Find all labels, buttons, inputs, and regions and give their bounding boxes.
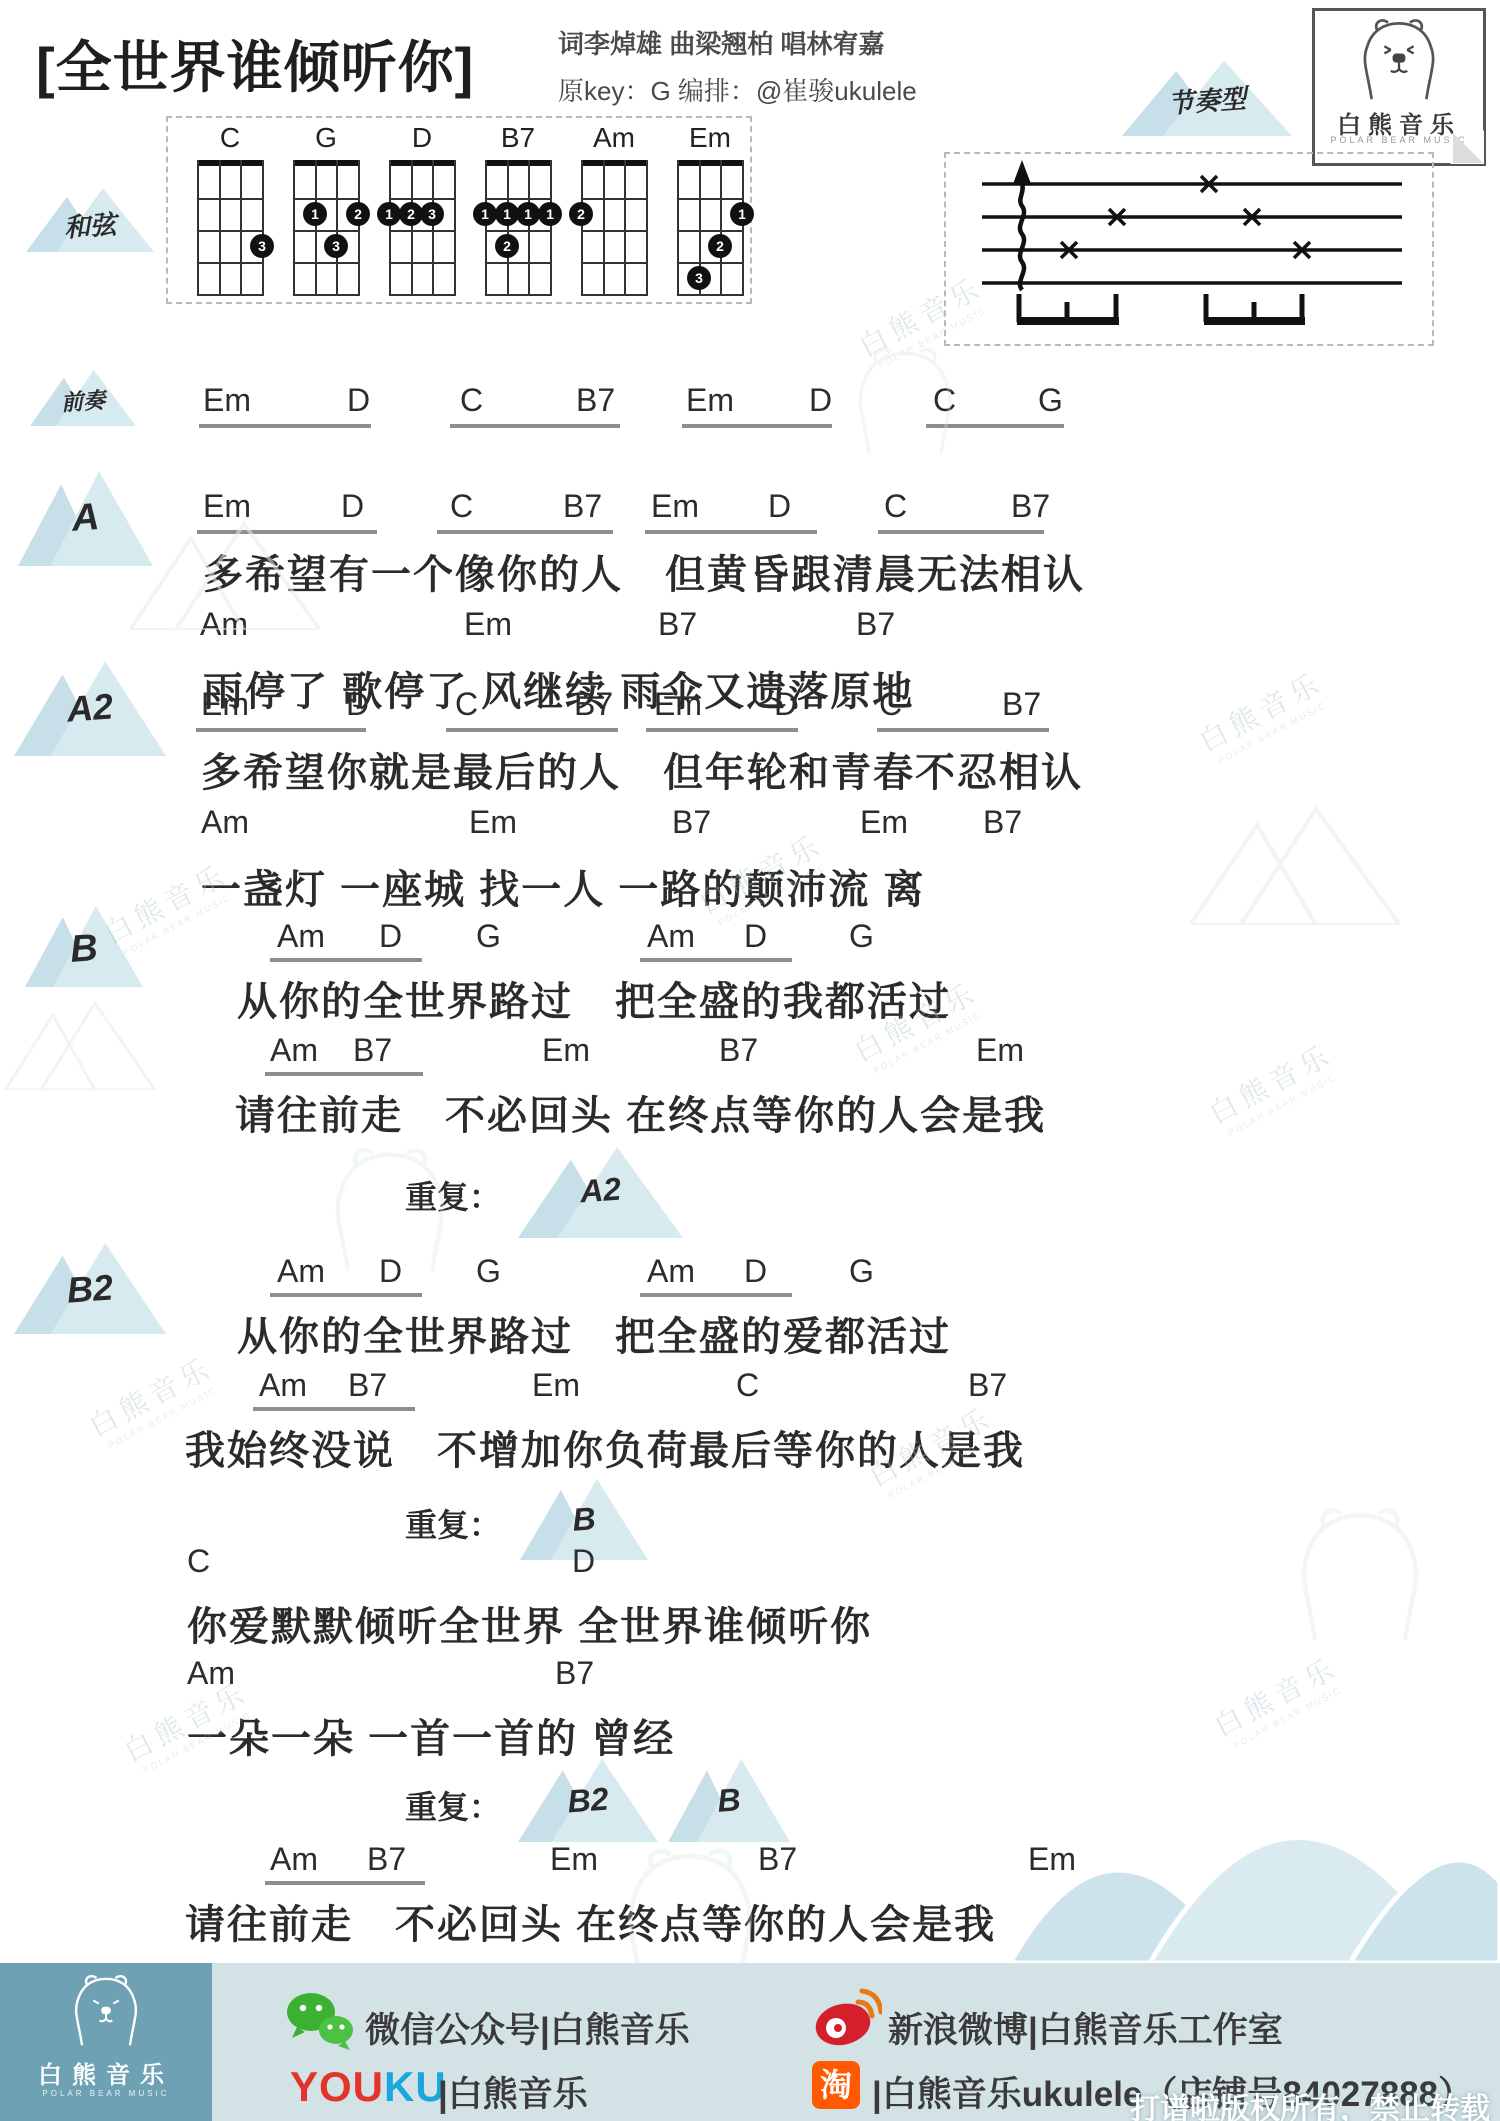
chord-underline (253, 1407, 415, 1411)
string-line (240, 160, 242, 296)
chord-nut (389, 160, 455, 166)
chord-symbol: Em (464, 606, 512, 643)
chord-diagram-G: G123 (290, 122, 362, 296)
chord-symbol: G (849, 1253, 874, 1290)
watermark-text-cn: 白熊音乐 (1201, 1033, 1340, 1132)
chord-symbol: C (460, 382, 483, 419)
chord-symbol: D (809, 382, 832, 419)
chord-symbol: Am (187, 1655, 235, 1692)
chord-underline (270, 958, 422, 962)
chord-underline (199, 424, 371, 428)
repeat-label: 重复： (405, 1172, 501, 1218)
chord-symbol: Am (277, 918, 325, 955)
chord-underline (926, 424, 1064, 428)
section-label: B (24, 924, 145, 975)
chord-diagram-B7: B711112 (482, 122, 554, 296)
string-line (197, 160, 199, 296)
fret-line (677, 262, 743, 264)
string-line (219, 160, 221, 296)
fret-line (293, 262, 359, 264)
chord-symbol: B7 (574, 686, 613, 723)
footer-brand-block: 白熊音乐 POLAR BEAR MUSIC (0, 1963, 212, 2121)
footer-weibo-text: 新浪微博|白熊音乐工作室 (888, 2003, 1283, 2053)
chord-nut (197, 160, 263, 166)
watermark-bear-icon (1285, 1505, 1435, 1643)
chord-symbol: C (736, 1367, 759, 1404)
footer-bear-icon (66, 1973, 146, 2047)
chord-symbol: B7 (719, 1032, 758, 1069)
chord-grid: 123 (677, 160, 743, 296)
lyrics-line: 雨停了 歌停了 风继续 雨伞又遗落原地 (203, 660, 914, 717)
chord-symbol: C (933, 382, 956, 419)
footer-youku-text: |白熊音乐 (438, 2067, 588, 2117)
fret-line (293, 294, 359, 296)
lyrics-line: 请往前走 不必回头 在终点等你的人会是我 (185, 1893, 996, 1950)
string-line (528, 160, 530, 296)
credits: 词李焯雄 曲梁翘柏 唱林宥嘉 原key：G 编排：@崔骏ukulele (558, 24, 917, 108)
string-line (262, 160, 264, 296)
fret-line (581, 262, 647, 264)
chord-nut (485, 160, 551, 166)
chord-symbol: Am (259, 1367, 307, 1404)
logo-fold-flap (1453, 133, 1483, 163)
chord-symbol: D (774, 686, 797, 723)
chord-underline (645, 530, 817, 534)
string-line (432, 160, 434, 296)
chord-symbol: D (572, 1543, 595, 1580)
chord-symbol: Em (201, 686, 249, 723)
section-mountain-A2: A2 (14, 658, 166, 756)
chord-symbol: Em (550, 1841, 598, 1878)
chord-underline (877, 728, 1049, 732)
chord-diagram-C: C3 (194, 122, 266, 296)
repeat-label: 重复： (405, 1500, 501, 1546)
chord-symbol: B7 (576, 382, 615, 419)
chord-diagram-name: Am (578, 122, 650, 160)
chord-underline (646, 728, 798, 732)
string-line (720, 160, 722, 296)
chord-symbol: B7 (968, 1367, 1007, 1404)
fret-line (293, 198, 359, 200)
fret-line (581, 294, 647, 296)
lyrics-line: 从你的全世界路过 把全盛的爱都活过 (237, 1305, 951, 1362)
lyrics-line: 从你的全世界路过 把全盛的我都活过 (237, 970, 951, 1027)
chord-underline (640, 1293, 792, 1297)
lyrics-line: 多希望有一个像你的人 但黄昏跟清晨无法相认 (203, 543, 1085, 600)
chord-symbol: Em (203, 382, 251, 419)
mountain-range-decoration (1000, 1742, 1500, 1963)
chord-symbol: C (187, 1543, 210, 1580)
finger-dot: 2 (495, 234, 519, 258)
string-line (454, 160, 456, 296)
chord-underline (878, 530, 1044, 534)
chord-grid: 11112 (485, 160, 551, 296)
string-line (646, 160, 648, 296)
chord-underline (450, 424, 620, 428)
watermark-brand: 白熊音乐POLAR BEAR MUSIC (1191, 661, 1335, 769)
footer-wechat-text: 微信公众号|白熊音乐 (365, 2003, 690, 2053)
chord-symbol: Em (976, 1032, 1024, 1069)
chord-nut (581, 160, 647, 166)
lyrics-line: 我始终没说 不增加你负荷最后等你的人是我 (185, 1419, 1025, 1476)
chord-symbol: B7 (367, 1841, 406, 1878)
chord-symbol: B7 (672, 804, 711, 841)
chord-symbol: Am (201, 804, 249, 841)
chord-diagrams: C3G123D123B711112Am2Em123 (194, 122, 746, 296)
string-line (315, 160, 317, 296)
chord-symbol: B7 (856, 606, 895, 643)
chord-underline (197, 530, 377, 534)
chord-symbol: G (1038, 382, 1063, 419)
chord-symbol: B7 (555, 1655, 594, 1692)
fret-line (389, 230, 455, 232)
chord-symbol: Em (651, 488, 699, 525)
youku-logo: YOUKU (290, 2063, 447, 2111)
chord-diagram-name: G (290, 122, 362, 160)
string-line (389, 160, 391, 296)
finger-dot: 1 (473, 202, 497, 226)
rhythm-notation (944, 152, 1430, 342)
string-line (624, 160, 626, 296)
section-mountain-B2: B2 (14, 1240, 166, 1334)
string-line (603, 160, 605, 296)
string-line (742, 160, 744, 296)
chord-symbol: C (884, 488, 907, 525)
chord-symbol: G (476, 918, 501, 955)
chord-symbol: G (476, 1253, 501, 1290)
fret-line (581, 230, 647, 232)
chord-grid: 123 (389, 160, 455, 296)
finger-dot: 1 (377, 202, 401, 226)
chord-underline (682, 424, 832, 428)
chord-symbol: D (346, 686, 369, 723)
finger-dot: 1 (538, 202, 562, 226)
string-line (336, 160, 338, 296)
chord-diagram-name: Em (674, 122, 746, 160)
rhythm-box-mountain-label: 节奏型 (1122, 58, 1292, 136)
repeat-mountain-B2: B2 (518, 1756, 658, 1842)
chord-symbol: B7 (1011, 488, 1050, 525)
section-mountain-前奏: 前奏 (30, 368, 136, 426)
fret-line (197, 230, 263, 232)
watermark-text-en: POLAR BEAR MUSIC (1210, 696, 1335, 769)
chord-diagram-Am: Am2 (578, 122, 650, 296)
repeat-mountain-A2: A2 (518, 1144, 683, 1238)
chord-symbol: D (768, 488, 791, 525)
chords-box-mountain-label: 和弦 (26, 186, 154, 252)
chord-symbol: C (455, 686, 478, 723)
fret-line (197, 262, 263, 264)
fret-line (293, 230, 359, 232)
finger-dot: 1 (730, 202, 754, 226)
chord-symbol: B7 (353, 1032, 392, 1069)
watermark-text-cn: 白熊音乐 (1191, 661, 1330, 760)
fret-line (677, 230, 743, 232)
chord-symbol: Em (860, 804, 908, 841)
finger-dot: 1 (303, 202, 327, 226)
chord-symbol: Am (647, 918, 695, 955)
footer-brand-cn: 白熊音乐 (0, 2055, 212, 2090)
youku-logo-red: YOU (290, 2063, 384, 2110)
chord-symbol: D (379, 918, 402, 955)
lyrics-line: 多希望你就是最后的人 但年轮和青春不忍相认 (201, 741, 1083, 798)
repeat-label: 重复： (405, 1782, 501, 1828)
chord-diagram-name: C (194, 122, 266, 160)
bear-icon (1353, 17, 1445, 101)
watermark-brand: 白熊音乐POLAR BEAR MUSIC (1201, 1033, 1345, 1141)
chord-symbol: Am (647, 1253, 695, 1290)
fret-line (389, 198, 455, 200)
chord-symbol: B7 (348, 1367, 387, 1404)
section-mountain-B: B (25, 903, 143, 987)
fret-line (485, 294, 551, 296)
watermark-text-en: POLAR BEAR MUSIC (1220, 1068, 1345, 1141)
chord-symbol: Am (200, 606, 248, 643)
finger-dot: 3 (250, 234, 274, 258)
finger-dot: 2 (708, 234, 732, 258)
repeat-mountain-B: B (668, 1756, 790, 1842)
chord-symbol: B7 (563, 488, 602, 525)
fret-line (677, 198, 743, 200)
chord-symbol: B7 (758, 1841, 797, 1878)
watermark-brand: 白熊音乐POLAR BEAR MUSIC (1206, 1646, 1350, 1754)
fret-line (485, 262, 551, 264)
chord-diagram-D: D123 (386, 122, 458, 296)
chord-grid: 3 (197, 160, 263, 296)
polar-bear-logo: 白熊音乐 POLAR BEAR MUSIC (1312, 8, 1486, 166)
credits-line1: 词李焯雄 曲梁翘柏 唱林宥嘉 (558, 24, 917, 61)
page-title: [全世界谁倾听你] (36, 24, 474, 104)
lyrics-line: 请往前走 不必回头 在终点等你的人会是我 (235, 1084, 1046, 1141)
chord-underline (265, 1072, 423, 1076)
chord-underline (640, 958, 792, 962)
chord-grid: 2 (581, 160, 647, 296)
chord-symbol: Em (542, 1032, 590, 1069)
chord-underline (437, 530, 613, 534)
chord-symbol: Am (277, 1253, 325, 1290)
finger-dot: 2 (569, 202, 593, 226)
string-line (485, 160, 487, 296)
finger-dot: 3 (687, 266, 711, 290)
chord-underline (265, 1881, 425, 1885)
section-mountain-A: A (18, 468, 153, 566)
chord-symbol: Em (654, 686, 702, 723)
chord-underline (446, 728, 618, 732)
chord-underline (270, 1293, 422, 1297)
lyrics-line: 你爱默默倾听全世界 全世界谁倾听你 (187, 1595, 872, 1652)
string-line (358, 160, 360, 296)
lyrics-line: 一盏灯 一座城 找一人 一路的颠沛流 离 (201, 858, 925, 915)
finger-dot: 3 (324, 234, 348, 258)
chord-symbol: D (744, 918, 767, 955)
watermark-mountain-outline (5, 1000, 155, 1090)
string-line (293, 160, 295, 296)
string-line (581, 160, 583, 296)
copyright-notice: 打谱啦版权所有，禁止转载 (1130, 2084, 1490, 2121)
string-line (507, 160, 509, 296)
fret-line (389, 262, 455, 264)
taobao-icon: 淘 (812, 2061, 860, 2109)
chord-symbol: D (744, 1253, 767, 1290)
chord-symbol: Em (203, 488, 251, 525)
fret-line (581, 198, 647, 200)
finger-dot: 3 (420, 202, 444, 226)
chord-diagram-name: B7 (482, 122, 554, 160)
chord-symbol: D (347, 382, 370, 419)
chord-symbol: C (450, 488, 473, 525)
chord-symbol: B7 (983, 804, 1022, 841)
wechat-icon (285, 1989, 355, 2051)
string-line (411, 160, 413, 296)
chord-nut (677, 160, 743, 166)
chord-symbol: D (379, 1253, 402, 1290)
chord-diagram-name: D (386, 122, 458, 160)
sheet-page: [全世界谁倾听你] 词李焯雄 曲梁翘柏 唱林宥嘉 原key：G 编排：@崔骏uk… (0, 0, 1500, 2121)
chord-symbol: D (341, 488, 364, 525)
credits-line2: 原key：G 编排：@崔骏ukulele (558, 71, 917, 108)
chord-symbol: Em (532, 1367, 580, 1404)
chord-symbol: B7 (1002, 686, 1041, 723)
weibo-icon (812, 1987, 882, 2049)
watermark-text-cn: 白熊音乐 (1206, 1646, 1345, 1745)
chord-grid: 123 (293, 160, 359, 296)
chord-symbol: Am (270, 1841, 318, 1878)
footer-brand-en: POLAR BEAR MUSIC (0, 2089, 212, 2098)
chord-symbol: Em (686, 382, 734, 419)
fret-line (677, 294, 743, 296)
chord-nut (293, 160, 359, 166)
fret-line (485, 198, 551, 200)
finger-dot: 2 (346, 202, 370, 226)
chord-symbol: G (849, 918, 874, 955)
chord-underline (196, 728, 366, 732)
chord-symbol: C (879, 686, 902, 723)
string-line (550, 160, 552, 296)
watermark-mountain-outline (1190, 805, 1400, 925)
fret-line (389, 294, 455, 296)
fret-line (197, 294, 263, 296)
chord-symbol: Em (469, 804, 517, 841)
chord-symbol: B7 (658, 606, 697, 643)
string-line (677, 160, 679, 296)
fret-line (485, 230, 551, 232)
chord-diagram-Em: Em123 (674, 122, 746, 296)
fret-line (197, 198, 263, 200)
finger-dot: 1 (516, 202, 540, 226)
chord-symbol: Am (270, 1032, 318, 1069)
